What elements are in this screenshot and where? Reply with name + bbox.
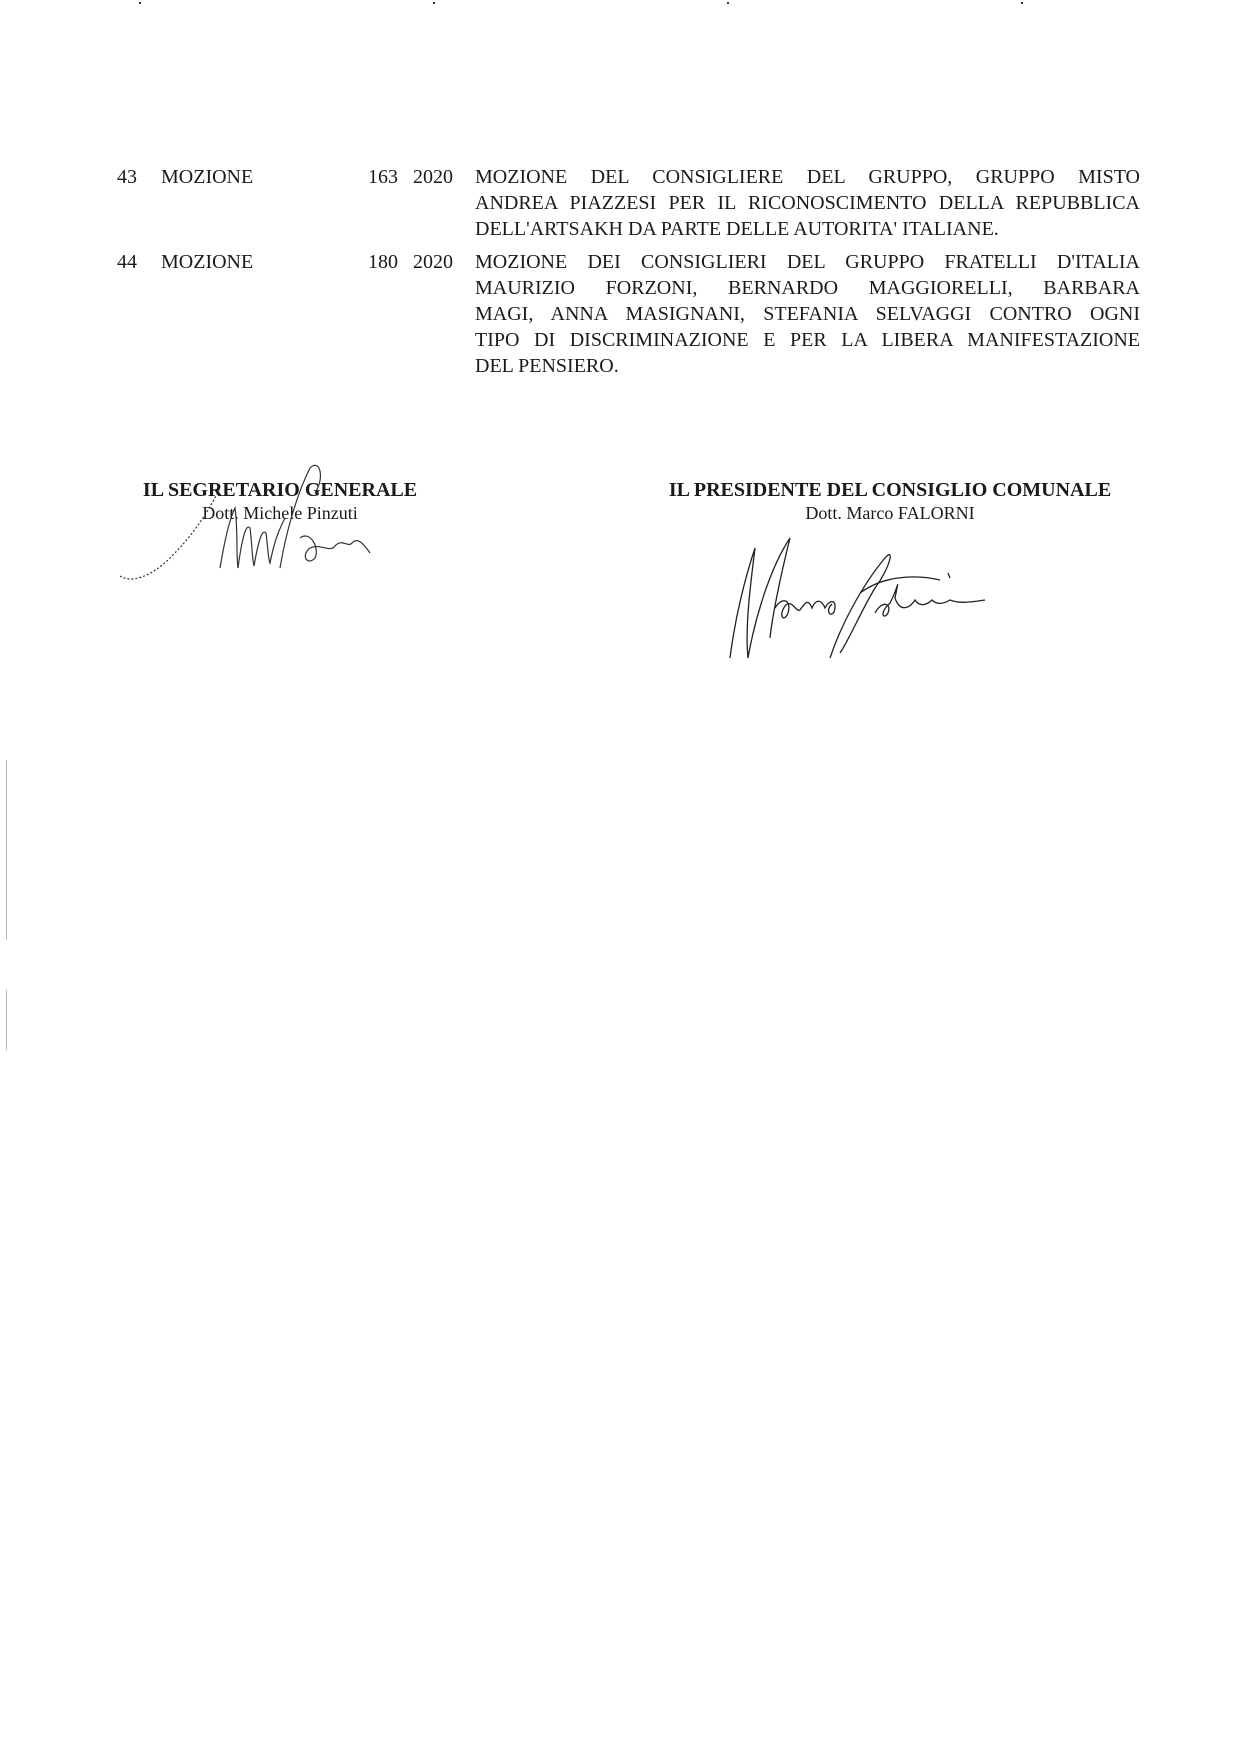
- item-reg-number: 180: [358, 249, 398, 275]
- scan-mark: [433, 2, 435, 4]
- item-type: MOZIONE: [161, 249, 253, 275]
- signature-block-secretary: IL SEGRETARIO GENERALE Dott. Michele Pin…: [130, 478, 430, 524]
- signatory-role: IL PRESIDENTE DEL CONSIGLIO COMUNALE: [650, 478, 1130, 502]
- description-line: MOZIONE DEI CONSIGLIERI DEL GRUPPO FRATE…: [475, 249, 1140, 275]
- scan-mark: [727, 2, 729, 4]
- description-line: MOZIONE DEL CONSIGLIERE DEL GRUPPO, GRUP…: [475, 164, 1140, 190]
- item-number: 43: [117, 164, 137, 190]
- item-year: 2020: [413, 249, 453, 275]
- item-year: 2020: [413, 164, 453, 190]
- item-type: MOZIONE: [161, 164, 253, 190]
- item-description: MOZIONE DEL CONSIGLIERE DEL GRUPPO, GRUP…: [475, 164, 1140, 242]
- handwritten-signature: [710, 518, 1030, 668]
- signature-block-president: IL PRESIDENTE DEL CONSIGLIO COMUNALE Dot…: [650, 478, 1130, 524]
- scan-mark: [1021, 2, 1023, 4]
- scan-artifact: [6, 990, 7, 1050]
- scan-artifact: [6, 760, 7, 940]
- description-line: DELL'ARTSAKH DA PARTE DELLE AUTORITA' IT…: [475, 216, 1140, 242]
- item-reg-number: 163: [358, 164, 398, 190]
- description-line: DEL PENSIERO.: [475, 353, 1140, 379]
- description-line: MAURIZIO FORZONI, BERNARDO MAGGIORELLI, …: [475, 275, 1140, 301]
- handwritten-signature: [120, 458, 420, 598]
- description-line: TIPO DI DISCRIMINAZIONE E PER LA LIBERA …: [475, 327, 1140, 353]
- description-line: ANDREA PIAZZESI PER IL RICONOSCIMENTO DE…: [475, 190, 1140, 216]
- description-line: MAGI, ANNA MASIGNANI, STEFANIA SELVAGGI …: [475, 301, 1140, 327]
- item-number: 44: [117, 249, 137, 275]
- item-description: MOZIONE DEI CONSIGLIERI DEL GRUPPO FRATE…: [475, 249, 1140, 379]
- scan-mark: [139, 2, 141, 4]
